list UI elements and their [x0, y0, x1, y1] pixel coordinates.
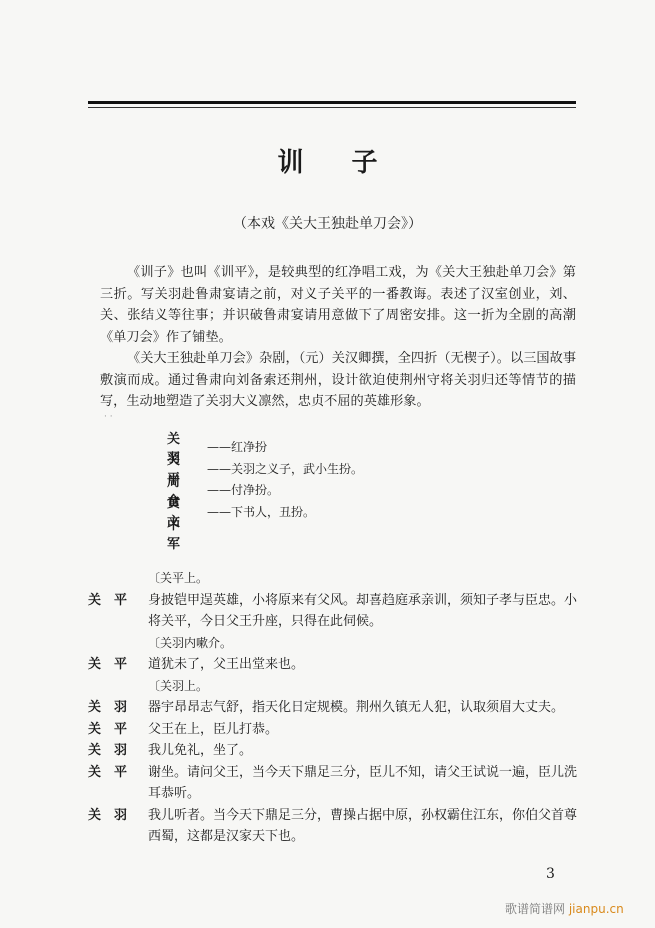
dialogue-line: 关平父王在上，臣儿打恭。 [88, 719, 578, 741]
scan-marks: · · [104, 412, 113, 422]
page-number: 3 [546, 866, 555, 882]
speaker: 关羽 [88, 697, 148, 719]
intro-paragraph: 《训子》也叫《训平》，是较典型的红净唱工戏，为《关大王独赴单刀会》第三折。写关羽… [100, 262, 576, 348]
stage-direction: 〔关羽上。 [88, 676, 578, 698]
speech: 道犹未了，父王出堂来也。 [148, 654, 578, 676]
dialogue-line: 关羽我儿听者。当今天下鼎足三分，曹操占据中原，孙权霸住江东，你伯父首尊西蜀，这都… [88, 805, 578, 848]
watermark-link[interactable]: jianpu.cn [569, 902, 624, 916]
speaker: 关羽 [88, 740, 148, 762]
speech: 器宇昂昂志气舒，指天化日定规模。荆州久镇无人犯，认取须眉大丈夫。 [148, 697, 578, 719]
watermark-cn: 歌谱简谱网 [505, 902, 565, 916]
stage-direction: 〔关平上。 [88, 568, 578, 590]
page-subtitle: （本戏《关大王独赴单刀会》） [0, 213, 655, 233]
header-rule-thick [88, 101, 576, 104]
stage-direction: 〔关羽内嗽介。 [88, 633, 578, 655]
watermark: 歌谱简谱网 jianpu.cn [505, 900, 624, 917]
header-rule-thin [88, 107, 576, 108]
dialogue-line: 关平谢坐。请问父王，当今天下鼎足三分，臣儿不知，请父王试说一遍，臣儿洗耳恭听。 [88, 762, 578, 805]
intro-paragraph: 《关大王独赴单刀会》杂剧，（元）关汉卿撰，全四折（无楔子）。以三国故事敷演而成。… [100, 348, 576, 413]
speaker: 关羽 [88, 805, 148, 848]
speech: 谢坐。请问父王，当今天下鼎足三分，臣儿不知，请父王试说一遍，臣儿洗耳恭听。 [148, 762, 578, 805]
speaker: 关平 [88, 590, 148, 633]
speaker: 关平 [88, 719, 148, 741]
dialogue-line: 关羽我儿免礼，坐了。 [88, 740, 578, 762]
speech: 父王在上，臣儿打恭。 [148, 719, 578, 741]
intro-section: 《训子》也叫《训平》，是较典型的红净唱工戏，为《关大王独赴单刀会》第三折。写关羽… [100, 262, 576, 413]
dialogue-line: 关平道犹未了，父王出堂来也。 [88, 654, 578, 676]
speaker: 关平 [88, 762, 148, 805]
page-title: 训子 [0, 142, 655, 179]
cast-row: 中军 [167, 522, 363, 544]
dialogue-line: 关羽器宇昂昂志气舒，指天化日定规模。荆州久镇无人犯，认取须眉大丈夫。 [88, 697, 578, 719]
dialogue-line: 关平身披铠甲逞英雄，小将原来有父风。却喜趋庭承亲训，须知子孝与臣忠。小将关平，今… [88, 590, 578, 633]
speaker: 关平 [88, 654, 148, 676]
speech: 我儿听者。当今天下鼎足三分，曹操占据中原，孙权霸住江东，你伯父首尊西蜀，这都是汉… [148, 805, 578, 848]
speech: 身披铠甲逞英雄，小将原来有父风。却喜趋庭承亲训，须知子孝与臣忠。小将关平，今日父… [148, 590, 578, 633]
script-body: 〔关平上。 关平身披铠甲逞英雄，小将原来有父风。却喜趋庭承亲训，须知子孝与臣忠。… [88, 568, 578, 848]
speech: 我儿免礼，坐了。 [148, 740, 578, 762]
cast-list: 关羽——红净扮 关平——关羽之义子，武小生扮。 周仓——付净扮。 黄文——下书人… [167, 436, 363, 544]
